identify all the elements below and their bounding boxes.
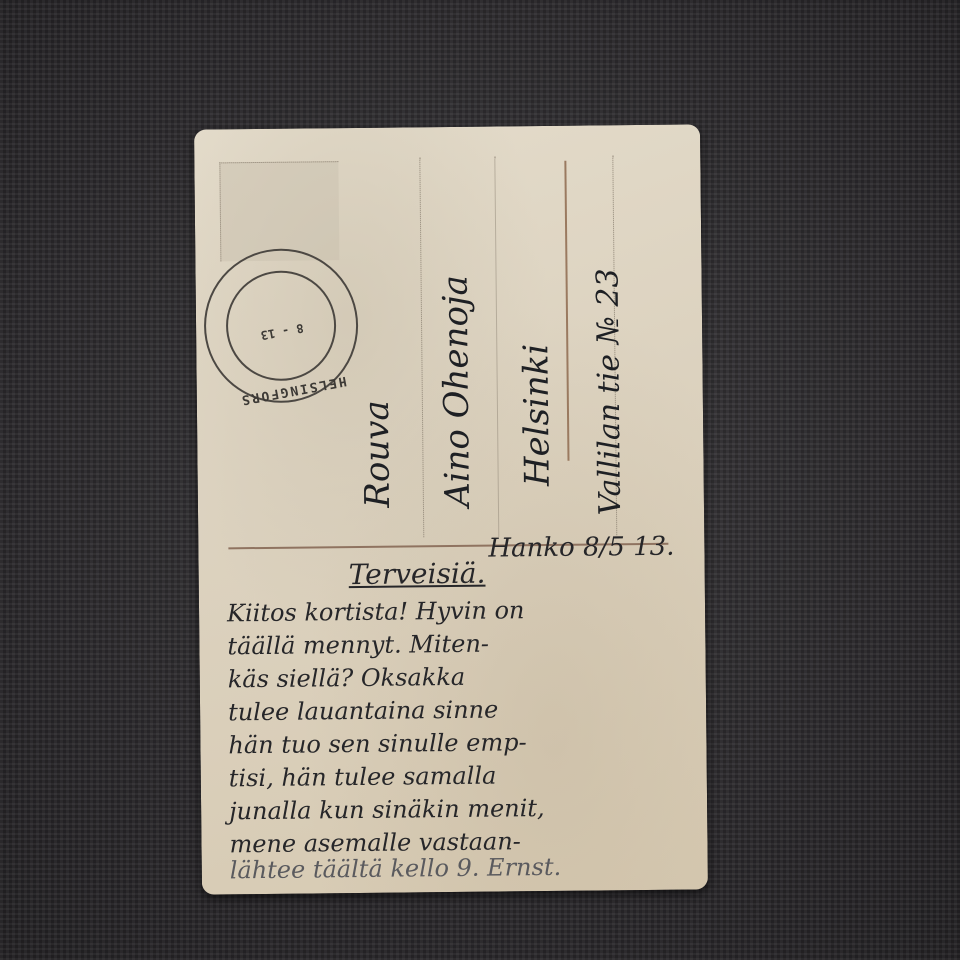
message-line: lähtee täältä kello 9. Ernst. [230, 851, 694, 884]
message-line: tulee lauantaina sinne [228, 693, 692, 726]
message-line: tisi, hän tulee samalla [229, 759, 693, 792]
address-city: Helsinki [516, 344, 557, 487]
message-greeting: Terveisiä. [349, 557, 486, 591]
message-line: hän tuo sen sinulle emp- [228, 726, 692, 759]
address-guideline [419, 157, 424, 537]
address-underline [564, 161, 569, 461]
message-place-date: Hanko 8/5 13. [488, 532, 674, 564]
postmark-stamp: HELSINGFORS 8 - 13 [191, 236, 371, 416]
message-line: täällä mennyt. Miten- [227, 627, 691, 660]
address-name: Aino Ohenoja [436, 275, 478, 507]
postcard: HELSINGFORS 8 - 13 Rouva Aino Ohenoja He… [194, 124, 708, 894]
message-line: junalla kun sinäkin menit, [229, 792, 693, 825]
message-line: käs siellä? Oksakka [228, 660, 692, 693]
stamp-area [219, 161, 339, 261]
address-guideline [494, 157, 499, 537]
message-line: Kiitos kortista! Hyvin on [227, 594, 691, 627]
address-street: Vallilan tie № 23 [590, 268, 628, 515]
address-salutation: Rouva [357, 400, 398, 508]
